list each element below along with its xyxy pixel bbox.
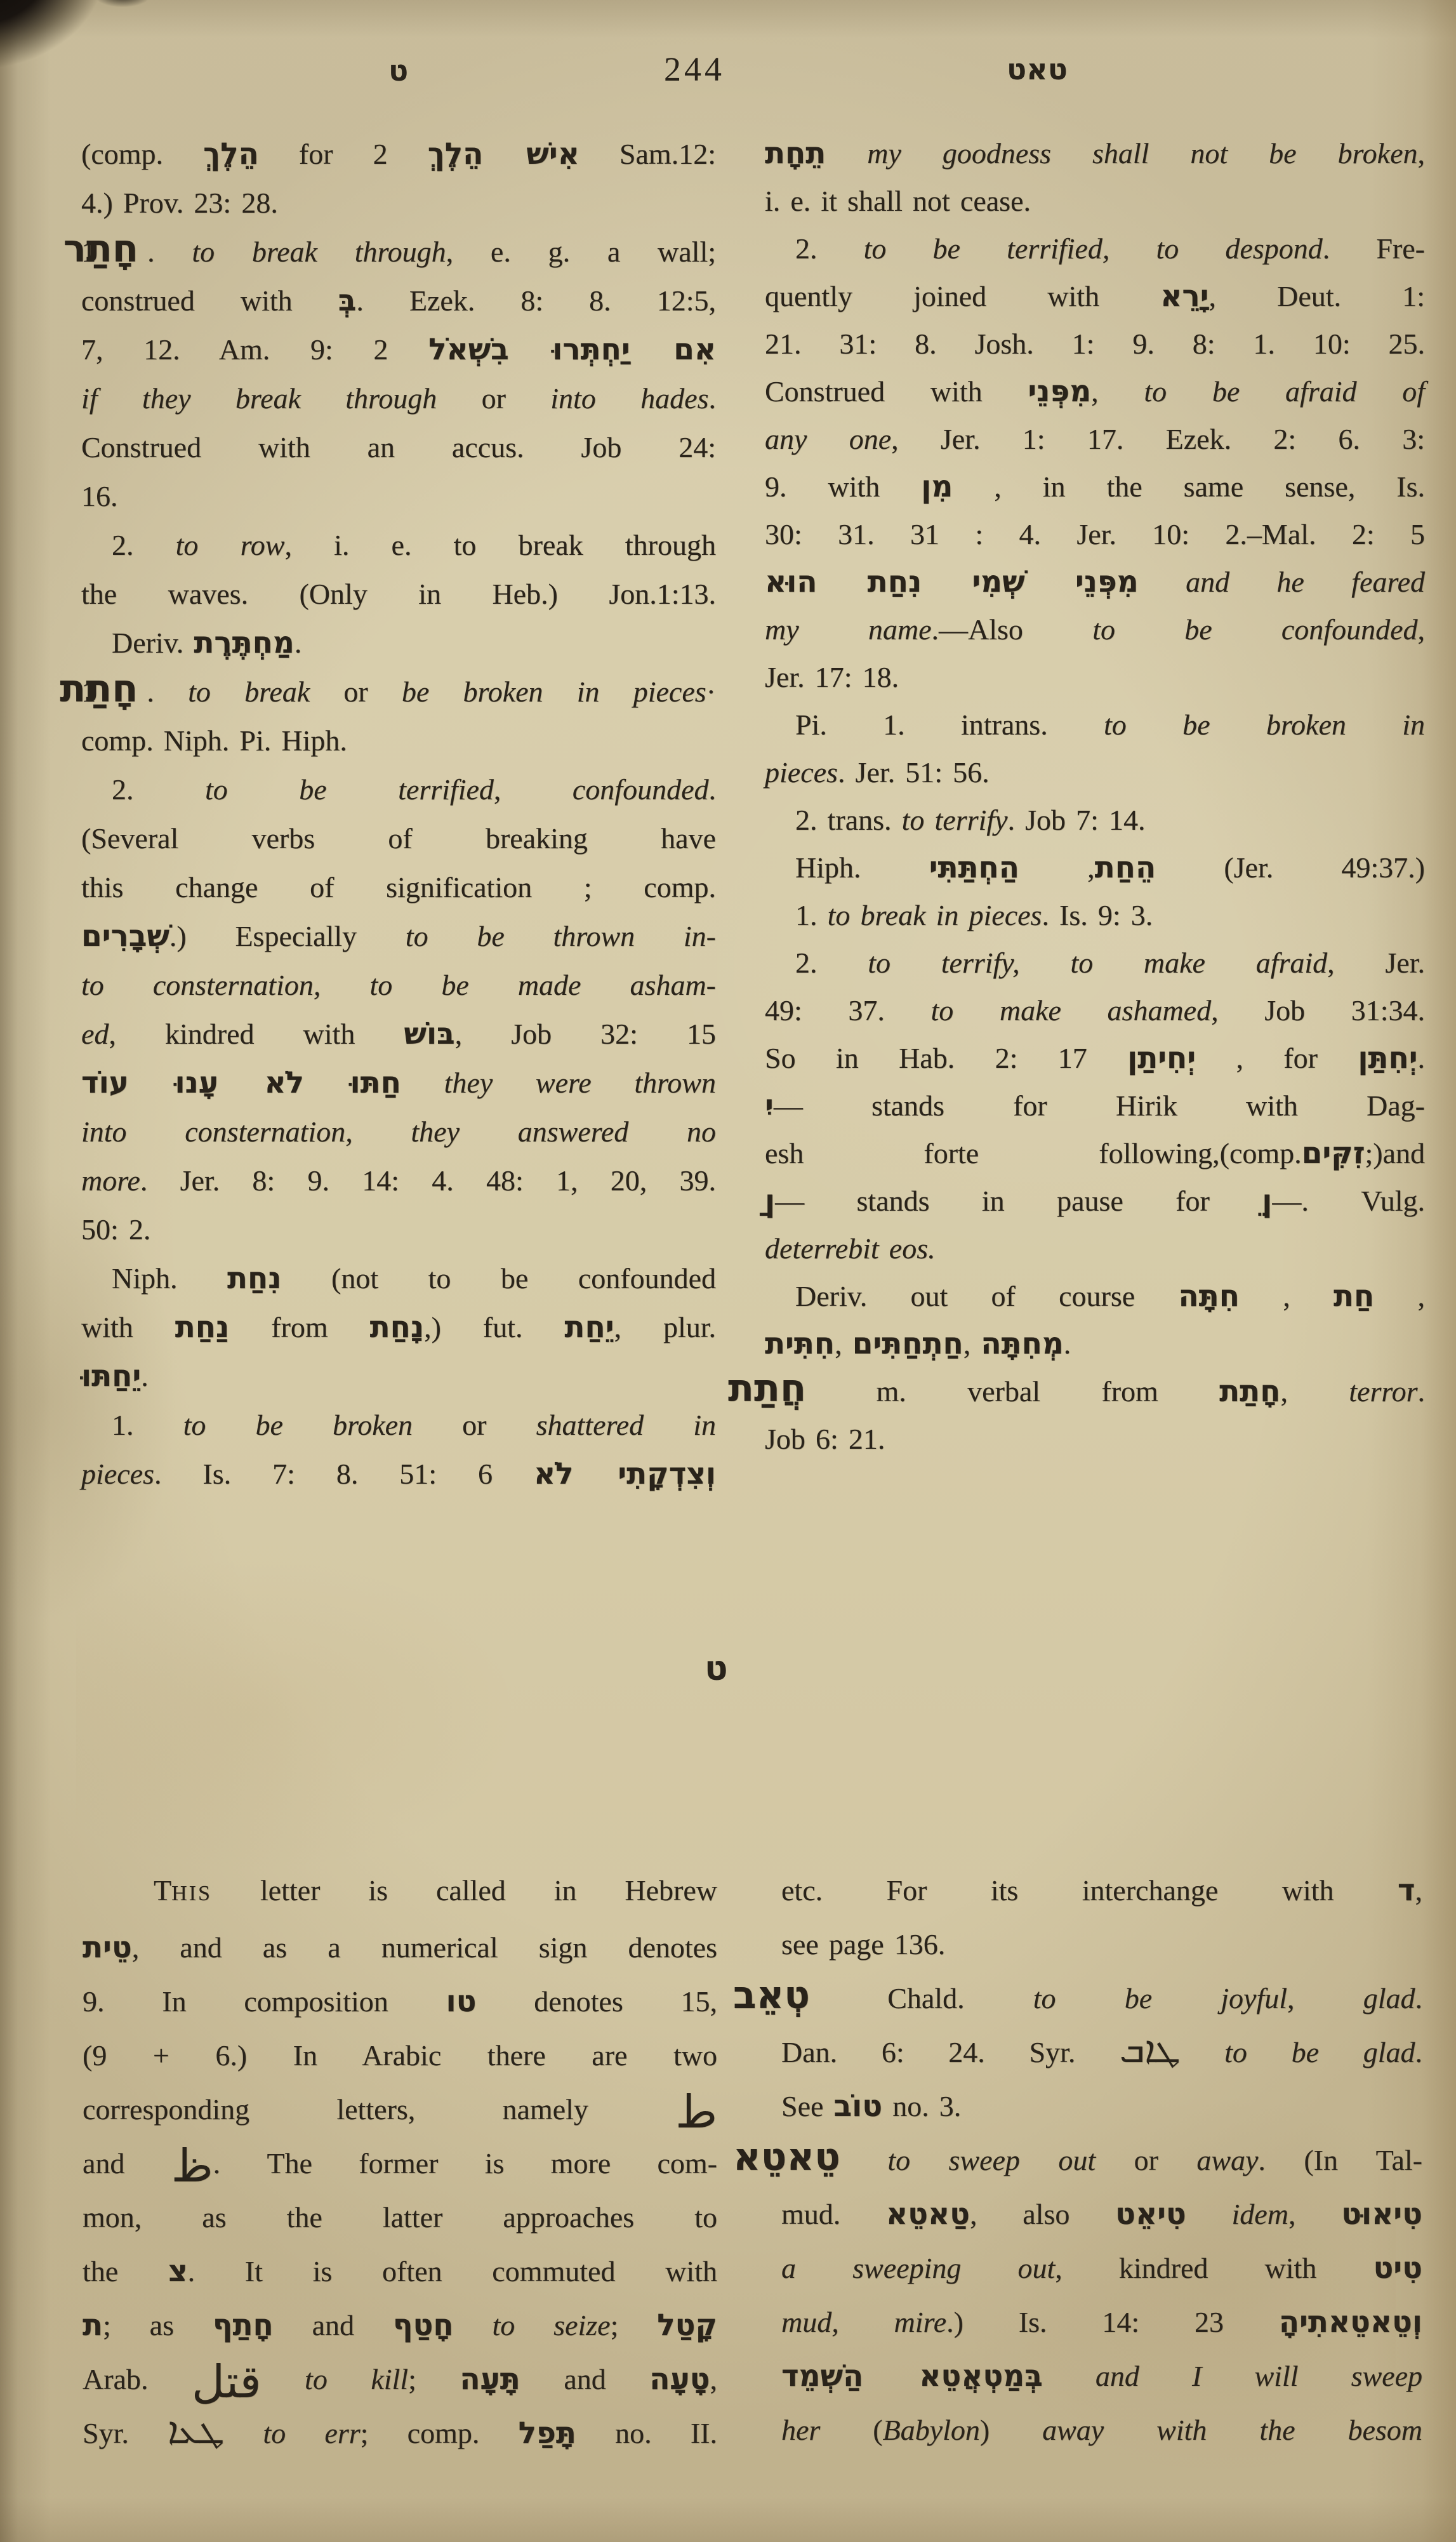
- scan-edge-mark: [94, 0, 151, 25]
- hebrew-text: תָּעָה: [460, 2362, 520, 2397]
- text-segment: .—Also: [932, 613, 1093, 646]
- text-line: טֵאטֵא to sweep out or away. (In Tal-: [781, 2133, 1422, 2187]
- italic-text-segment: to be terrified, to despond: [864, 232, 1323, 265]
- hebrew-text: מַחְתֶּרֶת: [194, 625, 295, 660]
- text-line: Deriv. out of course חַת , חִתָּה ,: [765, 1272, 1425, 1320]
- hebrew-text: נִחַת: [227, 1261, 282, 1296]
- text-line: any one, Jer. 1: 17. Ezek. 2: 6. 3:: [765, 415, 1425, 463]
- text-line: 2. trans. to terrify. Job 7: 14.: [765, 796, 1425, 844]
- hebrew-text: יֵחַת: [564, 1310, 614, 1345]
- text-line: Job 6: 21.: [765, 1415, 1425, 1463]
- hebrew-text: חִתָּה: [1178, 1279, 1240, 1314]
- hebrew-text: בְּמַטְאֲטֵא הַשְׁמֵד: [781, 2359, 1043, 2393]
- text-segment: ,: [1415, 1874, 1423, 1906]
- hebrew-text: זִקִּים: [1302, 1136, 1365, 1171]
- text-segment: Deriv.: [112, 627, 194, 659]
- text-segment: , i. e. to break through: [284, 529, 716, 561]
- text-segment: ·: [706, 675, 716, 708]
- text-segment: [1180, 2036, 1224, 2068]
- hebrew-text: טֵית: [83, 1930, 132, 1965]
- text-segment: ; as: [103, 2309, 213, 2341]
- text-segment: , Jer. 1: 17. Ezek. 2: 6. 3:: [891, 423, 1425, 455]
- text-line: מִפְּנֵי שְׁמִי נִחַת הוּא and he feared: [765, 558, 1425, 606]
- text-segment: 9. with: [765, 470, 921, 503]
- hebrew-text: נָחַת: [370, 1310, 425, 1345]
- italic-text-segment: to consternation, to be made asham-: [81, 969, 716, 1001]
- page-number: 244: [664, 50, 725, 89]
- text-line: חָתַת 1. to break or be broken in pieces…: [81, 667, 716, 716]
- arabic-text: ظ: [171, 2139, 213, 2192]
- text-segment: and: [520, 2363, 649, 2395]
- text-segment: (comp.: [81, 138, 203, 170]
- text-segment: etc. For its interchange with: [781, 1874, 1398, 1906]
- text-line: 2. to terrify, to make afraid, Jer.: [765, 939, 1425, 987]
- text-line: Dan. 6: 24. Syr. ܛܐܒ to be glad.: [781, 2025, 1422, 2079]
- text-segment: and: [83, 2147, 171, 2179]
- text-line: 50: 2.: [81, 1205, 716, 1254]
- text-line: with נַחַת from נָחַת,) fut. יֵחַת, plur…: [81, 1303, 716, 1352]
- text-segment: no. II.: [576, 2417, 717, 2449]
- text-segment: .: [709, 382, 717, 415]
- hebrew-text: חִתִּית: [765, 1326, 835, 1361]
- italic-text-segment: to terrify: [902, 804, 1008, 836]
- text-segment: [401, 1067, 444, 1099]
- italic-text-segment: shattered in: [536, 1409, 716, 1441]
- text-segment: 30: 31. 31 : 4. Jer. 10: 2.–Mal. 2: 5: [765, 518, 1425, 550]
- arabic-text: ط: [675, 2086, 717, 2138]
- text-segment: Syr.: [83, 2417, 168, 2449]
- text-line: and ظ. The former is more com-: [83, 2136, 717, 2190]
- text-segment: i. e. it shall not cease.: [765, 185, 1031, 217]
- text-line: 7, 12. Am. 9: 2 אִם יַחְתְּרוּ בִשְׁאֹל: [81, 325, 716, 374]
- text-line: See טוֹב no. 3.: [781, 2079, 1422, 2133]
- italic-text-segment: confounded: [572, 773, 709, 806]
- text-segment: 21. 31: 8. Josh. 1: 9. 8: 1. 10: 25.: [765, 328, 1425, 360]
- text-segment: .: [709, 773, 717, 806]
- hebrew-text: מִן: [921, 469, 953, 504]
- italic-text-segment: to break: [188, 675, 310, 708]
- italic-text-segment: more: [81, 1164, 140, 1197]
- hebrew-text: חָתַת: [1219, 1374, 1280, 1409]
- text-segment: denotes 15,: [476, 1985, 717, 2018]
- text-segment: (Jer. 49:37.): [1156, 851, 1425, 884]
- text-segment: , kindred with: [1055, 2252, 1373, 2284]
- text-segment: esh forte following,(comp.: [765, 1137, 1302, 1169]
- italic-text-segment: to be thrown in-: [406, 920, 716, 952]
- text-segment: [261, 2363, 305, 2395]
- text-line: esh forte following,(comp.זִקִּים;)and: [765, 1129, 1425, 1177]
- text-line: this change of signification ; comp.: [81, 863, 716, 912]
- text-line: יִ— stands for Hirik with Dag-: [765, 1082, 1425, 1129]
- text-segment: 2. trans.: [795, 804, 902, 836]
- hebrew-text: חַתּוּ לֹא עָנוּ עוֹד: [81, 1065, 401, 1100]
- column-lower-left: THIS letter is called in Hebrewטֵית, and…: [83, 1863, 717, 2460]
- text-line: etc. For its interchange with ד,: [781, 1863, 1422, 1917]
- text-line: 16.: [81, 472, 716, 521]
- text-segment: . (In Tal-: [1258, 2144, 1422, 2176]
- text-line: (9 + 6.) In Arabic there are two: [83, 2028, 717, 2082]
- text-segment: [1139, 566, 1186, 598]
- text-segment: 7, 12. Am. 9: 2: [81, 333, 428, 366]
- text-segment: for: [259, 138, 373, 170]
- text-segment: mud.: [781, 2198, 886, 2230]
- text-segment: .: [295, 627, 302, 659]
- italic-text-segment: to be confounded: [1092, 613, 1417, 646]
- text-segment: . Jer. 51: 56.: [838, 756, 989, 789]
- text-segment: (: [820, 2414, 882, 2446]
- text-segment: So in Hab. 2: 17: [765, 1042, 1127, 1074]
- text-segment: . Job 7: 14.: [1007, 804, 1145, 836]
- text-segment: See: [781, 2090, 834, 2122]
- text-segment: Construed with: [765, 375, 1028, 408]
- italic-text-segment: a sweeping out: [781, 2252, 1055, 2284]
- text-segment: , Jer.: [1327, 947, 1425, 979]
- text-segment: .: [1064, 1328, 1071, 1360]
- italic-text-segment: to sweep out: [887, 2144, 1095, 2176]
- text-segment: construed with: [81, 284, 338, 317]
- text-line: Niph. נִחַת (not to be confounded: [81, 1254, 716, 1303]
- text-line: מְחִתָּה ,חַתְחַתִּים ,חִתִּית.: [765, 1320, 1425, 1367]
- hebrew-headword: טְאֵב: [733, 1973, 819, 2018]
- text-line: ed, kindred with בּוֹשׁ, Job 32: 15: [81, 1009, 716, 1058]
- italic-text-segment: they were thrown: [444, 1067, 716, 1099]
- text-segment: [1186, 2198, 1232, 2230]
- text-line: quently joined with יָרֵא, Deut. 1:: [765, 272, 1425, 320]
- text-line: to consternation, to be made asham-: [81, 961, 716, 1009]
- text-segment: , e. g. a wall;: [446, 236, 716, 268]
- italic-text-segment: to be joyful: [1033, 1982, 1287, 2014]
- text-line: see page 136.: [781, 1917, 1422, 1971]
- text-segment: corresponding letters, namely: [83, 2093, 675, 2126]
- text-line: Deriv. מַחְתֶּרֶת.: [81, 618, 716, 667]
- text-line: THIS letter is called in Hebrew: [83, 1863, 717, 1920]
- italic-text-segment: to be afraid of: [1144, 375, 1425, 408]
- hebrew-text: טו: [446, 1984, 477, 2019]
- text-segment: 16.: [81, 480, 118, 512]
- hebrew-text: וְצִדְקָתִי לֹא: [534, 1456, 716, 1491]
- text-line: ת; as חָתַף and חָטַף to seize; קָטַל: [83, 2298, 717, 2352]
- text-segment: , and as a numerical sign denotes: [132, 1931, 717, 1964]
- text-segment: — stands for Hirik with Dag-: [774, 1089, 1425, 1122]
- text-segment: ;)and: [1365, 1137, 1425, 1169]
- italic-text-segment: to be broken in: [1104, 709, 1425, 741]
- hebrew-text: ד: [1398, 1873, 1415, 1908]
- text-segment: .: [1415, 2036, 1423, 2068]
- text-segment: [826, 137, 867, 170]
- text-segment: Construed with an accus. Job 24:: [81, 431, 716, 463]
- hebrew-text: יְחִתַּן: [1358, 1041, 1417, 1075]
- text-segment: , in the same sense, Is.: [953, 470, 1425, 503]
- text-line: חַתּוּ לֹא עָנוּ עוֹד they were thrown: [81, 1058, 716, 1107]
- text-segment: 2.: [112, 773, 205, 806]
- text-line: Syr. ܛܥܐ to err; comp. תָּפַל no. II.: [83, 2406, 717, 2460]
- hebrew-text: חַתְחַתִּים: [852, 1326, 963, 1361]
- text-segment: Pi. 1. intrans.: [795, 709, 1104, 741]
- text-segment: ,: [1287, 1982, 1363, 2014]
- text-line: if they break through or into hades.: [81, 374, 716, 423]
- text-segment: . Is. 9: 3.: [1042, 899, 1153, 931]
- arabic-text: قتل: [192, 2355, 261, 2408]
- text-segment: —. Vulg.: [1272, 1185, 1425, 1217]
- hebrew-text: בְּ: [338, 283, 357, 318]
- hebrew-text: נַחַת: [175, 1310, 230, 1345]
- text-segment: Job 6: 21.: [765, 1423, 885, 1455]
- hebrew-text: ת: [83, 2308, 103, 2343]
- text-segment: ,: [1418, 613, 1426, 646]
- italic-text-segment: glad: [1363, 1982, 1415, 2014]
- hebrew-text: צ: [168, 2254, 188, 2289]
- text-line: בְּמַטְאֲטֵא הַשְׁמֵד and I will sweep: [781, 2349, 1422, 2403]
- text-segment: mon, as the latter approaches to: [83, 2201, 717, 2233]
- hebrew-text: אִישׁ הֵלֶךְ: [428, 136, 579, 171]
- italic-text-segment: pieces: [81, 1458, 154, 1490]
- text-segment: , Job 32: 15: [455, 1018, 716, 1050]
- text-segment: ;: [611, 2309, 658, 2341]
- text-segment: see page 136.: [781, 1928, 945, 1960]
- text-segment: . The former is more com-: [213, 2147, 717, 2179]
- italic-text-segment: my goodness shall not be broken: [867, 137, 1417, 170]
- text-segment: Hiph.: [795, 851, 929, 884]
- text-segment: . Jer. 8: 9. 14: 4. 48: 1, 20, 39.: [140, 1164, 716, 1197]
- text-line: i. e. it shall not cease.: [765, 177, 1425, 225]
- text-segment: comp. Niph. Pi. Hiph.: [81, 724, 347, 757]
- text-segment: 49: 37.: [765, 994, 931, 1027]
- text-segment: .) Especially: [169, 920, 406, 952]
- text-segment: . Ezek. 8: 8. 12:5,: [356, 284, 716, 317]
- hebrew-text: הַחְתַּתִּי: [929, 850, 1019, 885]
- text-line: 2. to row, i. e. to break through: [81, 521, 716, 569]
- italic-text-segment: away: [1196, 2144, 1258, 2176]
- italic-text-segment: my name: [765, 613, 932, 646]
- italic-text-segment: ed: [81, 1018, 109, 1050]
- paper-stain: [76, 1555, 520, 1873]
- hebrew-text: יֵחַתּוּ: [81, 1359, 141, 1394]
- text-line: pieces. Is. 7: 8. 51: 6 וְצִדְקָתִי לֹא: [81, 1449, 716, 1498]
- text-segment: — stands in pause for: [775, 1185, 1262, 1217]
- text-segment: or: [437, 382, 550, 415]
- text-line: 4.) Prov. 23: 28.: [81, 178, 716, 227]
- text-segment: ): [980, 2414, 1042, 2446]
- text-segment: (not to be confounded: [282, 1262, 716, 1294]
- text-segment: [224, 2417, 263, 2449]
- text-segment: ,: [1418, 137, 1426, 170]
- text-segment: 9. In composition: [83, 1985, 446, 2018]
- text-segment: Niph.: [112, 1262, 227, 1294]
- text-line: טֵית, and as a numerical sign denotes: [83, 1920, 717, 1974]
- italic-text-segment: if they break through: [81, 382, 437, 415]
- text-line: 9. with מִן , in the same sense, Is.: [765, 463, 1425, 510]
- text-line: ןַ— stands in pause for ןֵ—. Vulg.: [765, 1177, 1425, 1225]
- hebrew-text: טִיאֵט: [1115, 2197, 1186, 2232]
- syriac-text: ܛܥܐ: [168, 2409, 224, 2452]
- hebrew-text: יִ: [765, 1088, 774, 1123]
- running-head-left: ט: [388, 53, 408, 88]
- italic-text-segment: to kill: [305, 2363, 408, 2395]
- italic-text-segment: deterrebit eos.: [765, 1232, 936, 1265]
- hebrew-text: חָתַף: [213, 2308, 274, 2343]
- text-segment: . Is. 7: 8. 51: 6: [154, 1458, 534, 1490]
- text-segment: ,: [710, 2363, 718, 2395]
- text-segment: with: [81, 1311, 175, 1343]
- text-segment: T: [154, 1874, 171, 1906]
- hebrew-text: מִפְּנֵי שְׁמִי נִחַת הוּא: [765, 564, 1139, 599]
- hebrew-text: יָרֵא: [1160, 279, 1208, 314]
- hebrew-text: טַאטֵא: [886, 2197, 970, 2232]
- text-segment: .: [1417, 1375, 1425, 1407]
- text-segment: ,: [1280, 1375, 1349, 1407]
- text-segment: Arab.: [83, 2363, 192, 2395]
- italic-text-segment: her: [781, 2414, 820, 2446]
- text-line: pieces. Jer. 51: 56.: [765, 749, 1425, 796]
- text-line: טְאֵב Chald. to be joyful, glad.: [781, 1971, 1422, 2025]
- hebrew-text: אִם יַחְתְּרוּ בִשְׁאֹל: [428, 332, 716, 367]
- hebrew-text: טוֹב: [834, 2089, 883, 2124]
- text-line: שְׁבָרִים.) Especially to be thrown in-: [81, 912, 716, 961]
- text-line: חָתַר 1. to break through, e. g. a wall;: [81, 227, 716, 276]
- italic-text-segment: to be glad: [1224, 2036, 1415, 2068]
- text-segment: Deriv. out of course: [795, 1280, 1178, 1312]
- column-upper-left: (comp. הֵלֶךְ for אִישׁ הֵלֶךְ 2 Sam.12:…: [81, 130, 716, 1498]
- text-segment: 2.: [795, 947, 868, 979]
- hebrew-text: הֵלֶךְ: [203, 136, 259, 171]
- hebrew-text: חָטַף: [393, 2308, 454, 2343]
- text-line: תֵחָת my goodness shall not be broken,: [765, 130, 1425, 177]
- hebrew-text: חַת: [1334, 1279, 1374, 1314]
- text-segment: and: [274, 2309, 393, 2341]
- italic-text-segment: to make ashamed: [931, 994, 1212, 1027]
- italic-text-segment: pieces: [765, 756, 838, 789]
- hebrew-text: ןַ: [765, 1183, 775, 1218]
- text-segment: 4.) Prov. 23: 28.: [81, 187, 278, 219]
- text-segment: .: [1418, 1042, 1426, 1074]
- text-segment: . Fre-: [1323, 232, 1425, 265]
- italic-text-segment: to seize: [493, 2309, 611, 2341]
- italic-text-segment: to be broken: [183, 1409, 413, 1441]
- text-segment: Jer. 17: 18.: [765, 661, 899, 693]
- text-segment: or: [1095, 2144, 1196, 2176]
- text-segment: ,: [1019, 851, 1095, 884]
- text-segment: ,: [1240, 1280, 1334, 1312]
- text-line: (Several verbs of breaking have: [81, 814, 716, 863]
- hebrew-text: טִיט: [1373, 2251, 1422, 2286]
- text-segment: [454, 2309, 493, 2341]
- text-segment: ,: [1288, 2198, 1341, 2230]
- text-segment: Chald.: [887, 1982, 1033, 2014]
- text-line: Pi. 1. intrans. to be broken in: [765, 701, 1425, 749]
- text-segment: ,: [1374, 1280, 1425, 1312]
- text-segment: the waves. (Only in Heb.) Jon.1:13.: [81, 578, 716, 610]
- text-line: (comp. הֵלֶךְ for אִישׁ הֵלֶךְ 2 Sam.12:: [81, 130, 716, 178]
- text-segment: , Deut. 1:: [1208, 280, 1425, 312]
- text-line: 2. to be terrified, to despond. Fre-: [765, 225, 1425, 272]
- text-line: Hiph. הֵחַת, הַחְתַּתִּי (Jer. 49:37.): [765, 844, 1425, 891]
- italic-text-segment: and he feared: [1186, 566, 1425, 598]
- text-line: Arab. قتل to kill; תָּעָה and טָעָה,: [83, 2352, 717, 2406]
- hebrew-text: טִיאוּט: [1341, 2197, 1422, 2232]
- text-segment: 1.: [112, 1409, 183, 1441]
- text-line: 9. In composition טו denotes 15,: [83, 1974, 717, 2028]
- italic-text-segment: any one: [765, 423, 891, 455]
- italic-text-segment: to err: [263, 2417, 360, 2449]
- text-line: construed with בְּ. Ezek. 8: 8. 12:5,: [81, 276, 716, 325]
- italic-text-segment: mud, mire: [781, 2306, 946, 2338]
- text-line: the צ. It is often commuted with: [83, 2244, 717, 2298]
- text-line: deterrebit eos.: [765, 1225, 1425, 1272]
- text-segment: 2.: [795, 232, 864, 265]
- text-line: Jer. 17: 18.: [765, 653, 1425, 701]
- text-segment: . It is often commuted with: [188, 2255, 717, 2287]
- text-segment: ,: [494, 773, 572, 806]
- syriac-text: ܛܐܒ: [1120, 2028, 1180, 2071]
- text-line: 1. to break in pieces. Is. 9: 3.: [765, 891, 1425, 939]
- hebrew-text: מְחִתָּה: [981, 1326, 1063, 1361]
- text-segment: quently joined with: [765, 280, 1160, 312]
- hebrew-text: תָּפַל: [519, 2416, 576, 2451]
- text-segment: , for: [1196, 1042, 1358, 1074]
- italic-text-segment: idem: [1232, 2198, 1288, 2230]
- text-line: 2. to be terrified, confounded.: [81, 765, 716, 814]
- text-line: Construed with an accus. Job 24:: [81, 423, 716, 472]
- text-segment: ,) fut.: [424, 1311, 564, 1343]
- text-line: 21. 31: 8. Josh. 1: 9. 8: 1. 10: 25.: [765, 320, 1425, 368]
- text-segment: ,: [963, 1328, 981, 1360]
- text-segment: letter is called in Hebrew: [212, 1874, 717, 1906]
- text-segment: , also: [970, 2198, 1115, 2230]
- italic-text-segment: Babylon: [883, 2414, 980, 2446]
- column-upper-right: תֵחָת my goodness shall not be broken,i.…: [765, 130, 1425, 1463]
- italic-text-segment: terror: [1349, 1375, 1417, 1407]
- text-segment: (Several verbs of breaking have: [81, 822, 716, 855]
- text-segment: .: [1415, 1982, 1423, 2014]
- text-line: mud. טַאטֵא, also טִיאֵט idem, טִיאוּט: [781, 2187, 1422, 2241]
- hebrew-text: וְטֵאטֵאתִיהָ: [1279, 2305, 1422, 2339]
- text-segment: or: [310, 675, 402, 708]
- italic-text-segment: away with the besom: [1042, 2414, 1422, 2446]
- italic-text-segment: to row: [176, 529, 285, 561]
- text-segment: (9 + 6.) In Arabic there are two: [83, 2039, 717, 2072]
- text-line: חֲתַת m. verbal from חָתַת, terror.: [765, 1367, 1425, 1415]
- text-line: into consternation, they answered no: [81, 1107, 716, 1156]
- text-segment: from: [229, 1311, 369, 1343]
- italic-text-segment: to terrify, to make afraid: [868, 947, 1327, 979]
- text-line: the waves. (Only in Heb.) Jon.1:13.: [81, 569, 716, 618]
- text-line: corresponding letters, namely ط: [83, 2082, 717, 2136]
- text-line: a sweeping out, kindred with טִיט: [781, 2241, 1422, 2295]
- hebrew-headword: חָתַת: [60, 667, 147, 711]
- text-segment: 2.: [112, 529, 176, 561]
- text-line: 1. to be broken or shattered in: [81, 1401, 716, 1449]
- text-segment: [1043, 2360, 1095, 2392]
- text-line: יֵחַתּוּ.: [81, 1352, 716, 1401]
- text-segment: .) Is. 14: 23: [946, 2306, 1279, 2338]
- text-segment: the: [83, 2255, 168, 2287]
- hebrew-text: בּוֹשׁ: [404, 1016, 454, 1051]
- italic-text-segment: to break through: [192, 236, 446, 268]
- text-segment: ; comp.: [361, 2417, 519, 2449]
- italic-text-segment: into consternation, they answered no: [81, 1115, 716, 1148]
- hebrew-text: ןֵ: [1262, 1183, 1272, 1218]
- italic-text-segment: into hades: [550, 382, 708, 415]
- text-segment: m. verbal from: [877, 1375, 1220, 1407]
- hebrew-text: טָעָה: [649, 2362, 710, 2397]
- text-segment: 50: 2.: [81, 1213, 150, 1246]
- italic-text-segment: to be terrified: [205, 773, 494, 806]
- italic-text-segment: and I will sweep: [1095, 2360, 1422, 2392]
- text-segment: this change of signification ; comp.: [81, 871, 716, 903]
- hebrew-text: תֵחָת: [765, 136, 826, 171]
- text-segment: ,: [1091, 375, 1144, 408]
- smallcaps-text: HIS: [171, 1882, 212, 1905]
